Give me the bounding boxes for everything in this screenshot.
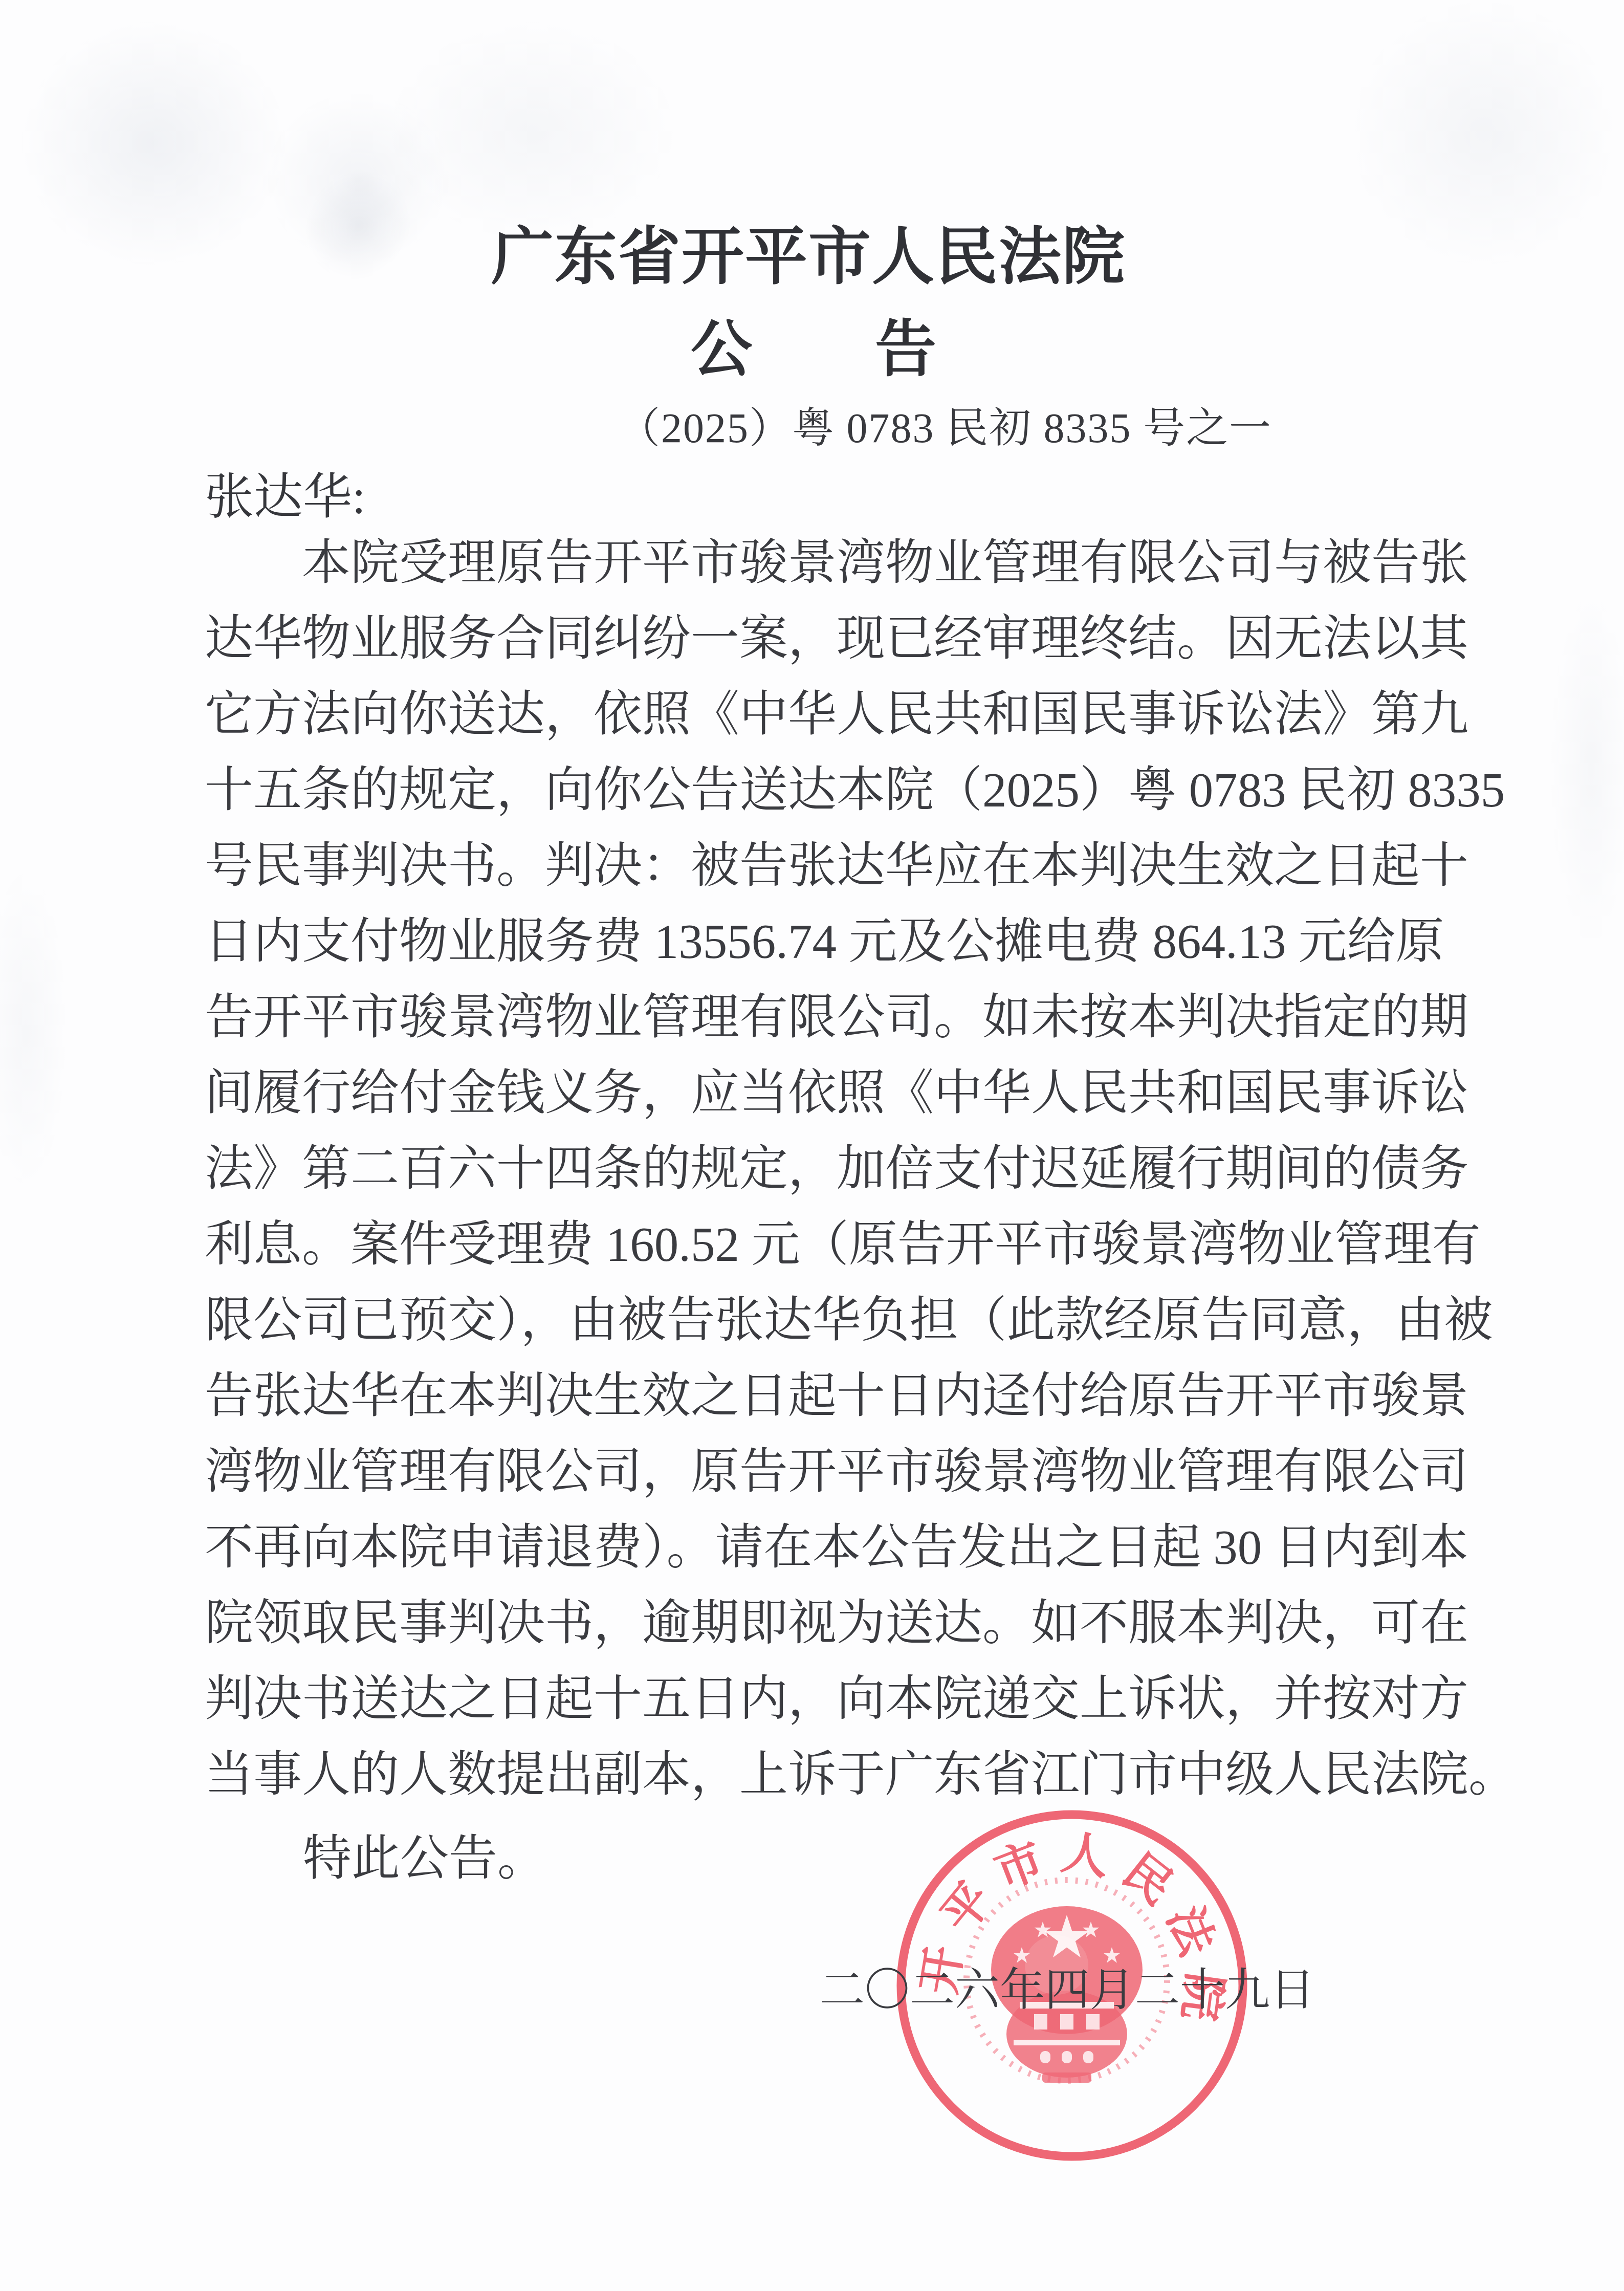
body-line: 号民事判决书。判决：被告张达华应在本判决生效之日起十 [205,828,1381,904]
body-line: 限公司已预交），由被告张达华负担（此款经原告同意，由被 [205,1282,1381,1358]
scan-smudge [0,870,67,1187]
body-line: 告开平市骏景湾物业管理有限公司。如未按本判决指定的期 [205,979,1381,1055]
body-line: 法》第二百六十四条的规定，加倍支付迟延履行期间的债务 [205,1131,1381,1207]
court-notice-page: 广东省开平市人民法院 公 告 （2025）粤 0783 民初 8335 号之一 … [0,0,1624,2291]
body-line: 不再向本院申请退费）。请在本公告发出之日起 30 日内到本 [205,1510,1381,1585]
body-line: 达华物业服务合同纠纷一案，现已经审理终结。因无法以其 [205,601,1381,677]
notice-body: 本院受理原告开平市骏景湾物业管理有限公司与被告张达华物业服务合同纠纷一案，现已经… [205,525,1381,1813]
doc-type-title: 公 告 [205,316,1402,384]
body-line: 间履行给付金钱义务，应当依照《中华人民共和国民事诉讼 [205,1055,1381,1131]
body-line: 告张达华在本判决生效之日起十日内迳付给原告开平市骏景 [205,1358,1381,1434]
recipient-name: 张达华: [205,467,366,527]
body-line: 本院受理原告开平市骏景湾物业管理有限公司与被告张 [205,525,1381,601]
closing-statement: 特此公告。 [303,1821,546,1896]
body-line: 判决书送达之日起十五日内，向本院递交上诉状，并按对方 [205,1661,1381,1737]
scan-smudge [389,20,675,241]
body-line: 院领取民事判决书，逾期即视为送达。如不服本判决，可在 [205,1585,1381,1661]
scan-smudge [1550,588,1624,947]
case-number: （2025）粤 0783 民初 8335 号之一 [618,400,1272,456]
body-line: 日内支付物业服务费 13556.74 元及公摊电费 864.13 元给原 [205,904,1381,979]
issue-date: 二〇二六年四月二十九日 [820,1956,1315,2025]
body-line: 利息。案件受理费 160.52 元（原告开平市骏景湾物业管理有 [205,1207,1381,1282]
body-line: 它方法向你送达，依照《中华人民共和国民事诉讼法》第九 [205,677,1381,752]
body-line: 湾物业管理有限公司，原告开平市骏景湾物业管理有限公司 [205,1434,1381,1510]
court-name-title: 广东省开平市人民法院 [205,224,1397,291]
body-line: 十五条的规定，向你公告送达本院（2025）粤 0783 民初 8335 [205,752,1381,828]
